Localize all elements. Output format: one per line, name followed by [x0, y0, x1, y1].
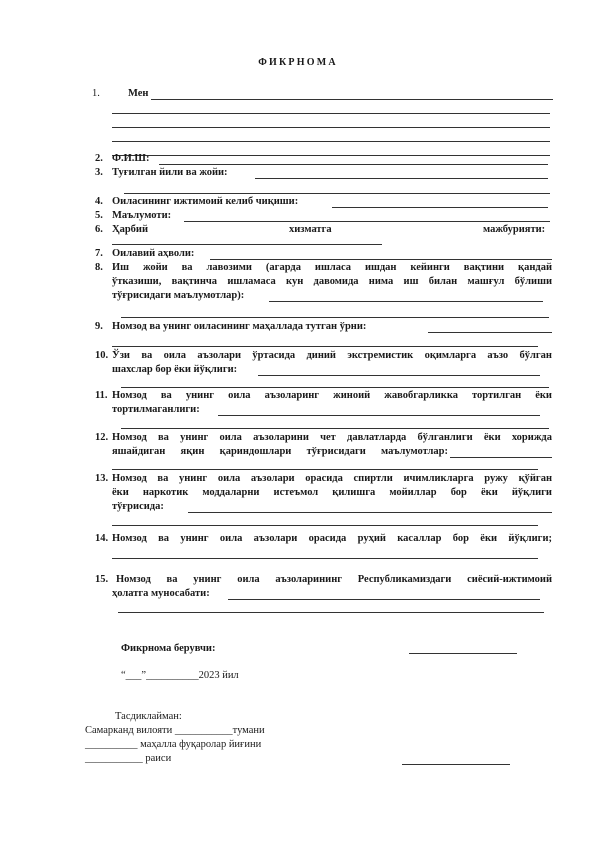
item-8-number: 8.	[95, 262, 103, 273]
item-1-label: Мен	[128, 88, 148, 99]
item-10-label-line-1: Ўзи ва оила аъзолари ўртасида диний экст…	[112, 350, 552, 361]
item-7-label: Оилавий аҳволи:	[112, 248, 194, 259]
item-9-number: 9.	[95, 321, 103, 332]
item-3-number: 3.	[95, 167, 103, 178]
item-2-label: Ф.И.Ш:	[112, 153, 149, 164]
item-4-label: Оиласининг ижтимоий келиб чиқиши:	[112, 196, 298, 207]
approval-district-line: Самарканд вилояти ___________тумани	[85, 725, 265, 736]
item-5-label: Маълумоти:	[112, 210, 171, 221]
item-5-number: 5.	[95, 210, 103, 221]
approval-heading: Тасдиклайман:	[115, 711, 182, 722]
item-6-field[interactable]	[112, 244, 382, 245]
item-2-number: 2.	[95, 153, 103, 164]
item-3-label: Туғилган йили ва жойи:	[112, 167, 228, 178]
item-7-field[interactable]	[210, 259, 552, 260]
item-13-label-line-3: тўғрисида:	[112, 501, 164, 512]
item-12-number: 12.	[95, 432, 108, 443]
item-11-label-line-2: тортилмаганлиги:	[112, 404, 200, 415]
item-8-field[interactable]	[269, 301, 543, 302]
item-1-field-line-3[interactable]	[112, 127, 550, 128]
item-3-field[interactable]	[255, 178, 548, 179]
item-12-label-line-2: яшайдиган яқин қариндошлари тўғрисидаги …	[112, 446, 448, 457]
item-1-field-line-4[interactable]	[112, 141, 550, 142]
item-13-label-line-2: ёки наркотик моддаларни истеъмол қилишга…	[112, 487, 552, 498]
item-15-field-line-2[interactable]	[118, 612, 544, 613]
opinion-giver-label: Фикрнома берувчи:	[121, 643, 215, 654]
item-13-field[interactable]	[188, 512, 552, 513]
item-6-label-word-2: хизматга	[289, 224, 332, 235]
item-7-number: 7.	[95, 248, 103, 259]
item-8-label-line-3: тўғрисидаги маълумотлар):	[112, 290, 244, 301]
item-10-number: 10.	[95, 350, 108, 361]
item-11-field[interactable]	[218, 415, 540, 416]
item-9-label: Номзод ва унинг оиласининг маҳаллада тут…	[112, 321, 344, 332]
item-6-label-word-3: мажбурияти:	[483, 224, 545, 235]
item-12-field-line-2[interactable]	[112, 469, 538, 470]
item-9-field-line-2[interactable]	[112, 346, 538, 347]
item-15-field[interactable]	[228, 599, 540, 600]
item-14-field[interactable]	[112, 558, 538, 559]
item-10-field[interactable]	[258, 375, 540, 376]
item-8-field-line-2[interactable]	[121, 317, 549, 318]
item-4-number: 4.	[95, 196, 103, 207]
item-11-label-line-1: Номзод ва унинг оила аъзоларинг жиноий ж…	[112, 390, 552, 401]
item-12-field[interactable]	[450, 457, 552, 458]
date-line: “___”__________2023 йил	[121, 670, 239, 681]
opinion-giver-signature-field[interactable]	[409, 653, 517, 654]
item-14-label: Номзод ва унинг оила аъзолари орасида ру…	[112, 533, 552, 544]
item-15-number: 15.	[95, 574, 108, 585]
item-1-field-line-2[interactable]	[112, 113, 550, 114]
item-8-label-line-2: ўтказиши, вақтинча ишламаса кун давомида…	[112, 276, 552, 287]
item-1-number: 1.	[92, 88, 100, 99]
item-4-field[interactable]	[332, 207, 548, 208]
item-13-label-line-1: Номзод ва унинг оила аъзолари орасида сп…	[112, 473, 552, 484]
item-2-field[interactable]	[159, 164, 548, 165]
item-15-label-line-2: ҳолатга муносабати:	[112, 588, 210, 599]
approval-signature-field[interactable]	[402, 764, 510, 765]
item-3-field-line-2[interactable]	[124, 193, 550, 194]
approval-mahalla-line: __________ маҳалла фуқаролар йиғини	[85, 739, 261, 750]
item-8-label-line-1: Иш жойи ва лавозими (агарда ишласа ишдан…	[112, 262, 552, 273]
item-14-number: 14.	[95, 533, 108, 544]
item-5-field[interactable]	[184, 221, 550, 222]
item-10-label-line-2: шахслар бор ёки йўқлиги:	[112, 364, 237, 375]
approval-chairman-line: ___________ раиси	[85, 753, 171, 764]
item-1-field-line-5[interactable]	[112, 155, 550, 156]
item-12-label-line-1: Номзод ва унинг оила аъзоларини чет давл…	[112, 432, 552, 443]
document-title: ФИКРНОМА	[0, 57, 596, 68]
item-6-label-word-1: Ҳарбий	[112, 224, 148, 235]
item-11-field-line-2[interactable]	[121, 428, 549, 429]
item-9-field[interactable]	[428, 332, 552, 333]
item-15-label-line-1: Номзод ва унинг оила аъзоларининг Респуб…	[116, 574, 552, 585]
item-13-field-line-2[interactable]	[112, 525, 538, 526]
item-1-field[interactable]	[151, 99, 553, 100]
item-10-field-line-2[interactable]	[121, 387, 549, 388]
item-6-number: 6.	[95, 224, 103, 235]
item-13-number: 13.	[95, 473, 108, 484]
item-11-number: 11.	[95, 390, 108, 401]
